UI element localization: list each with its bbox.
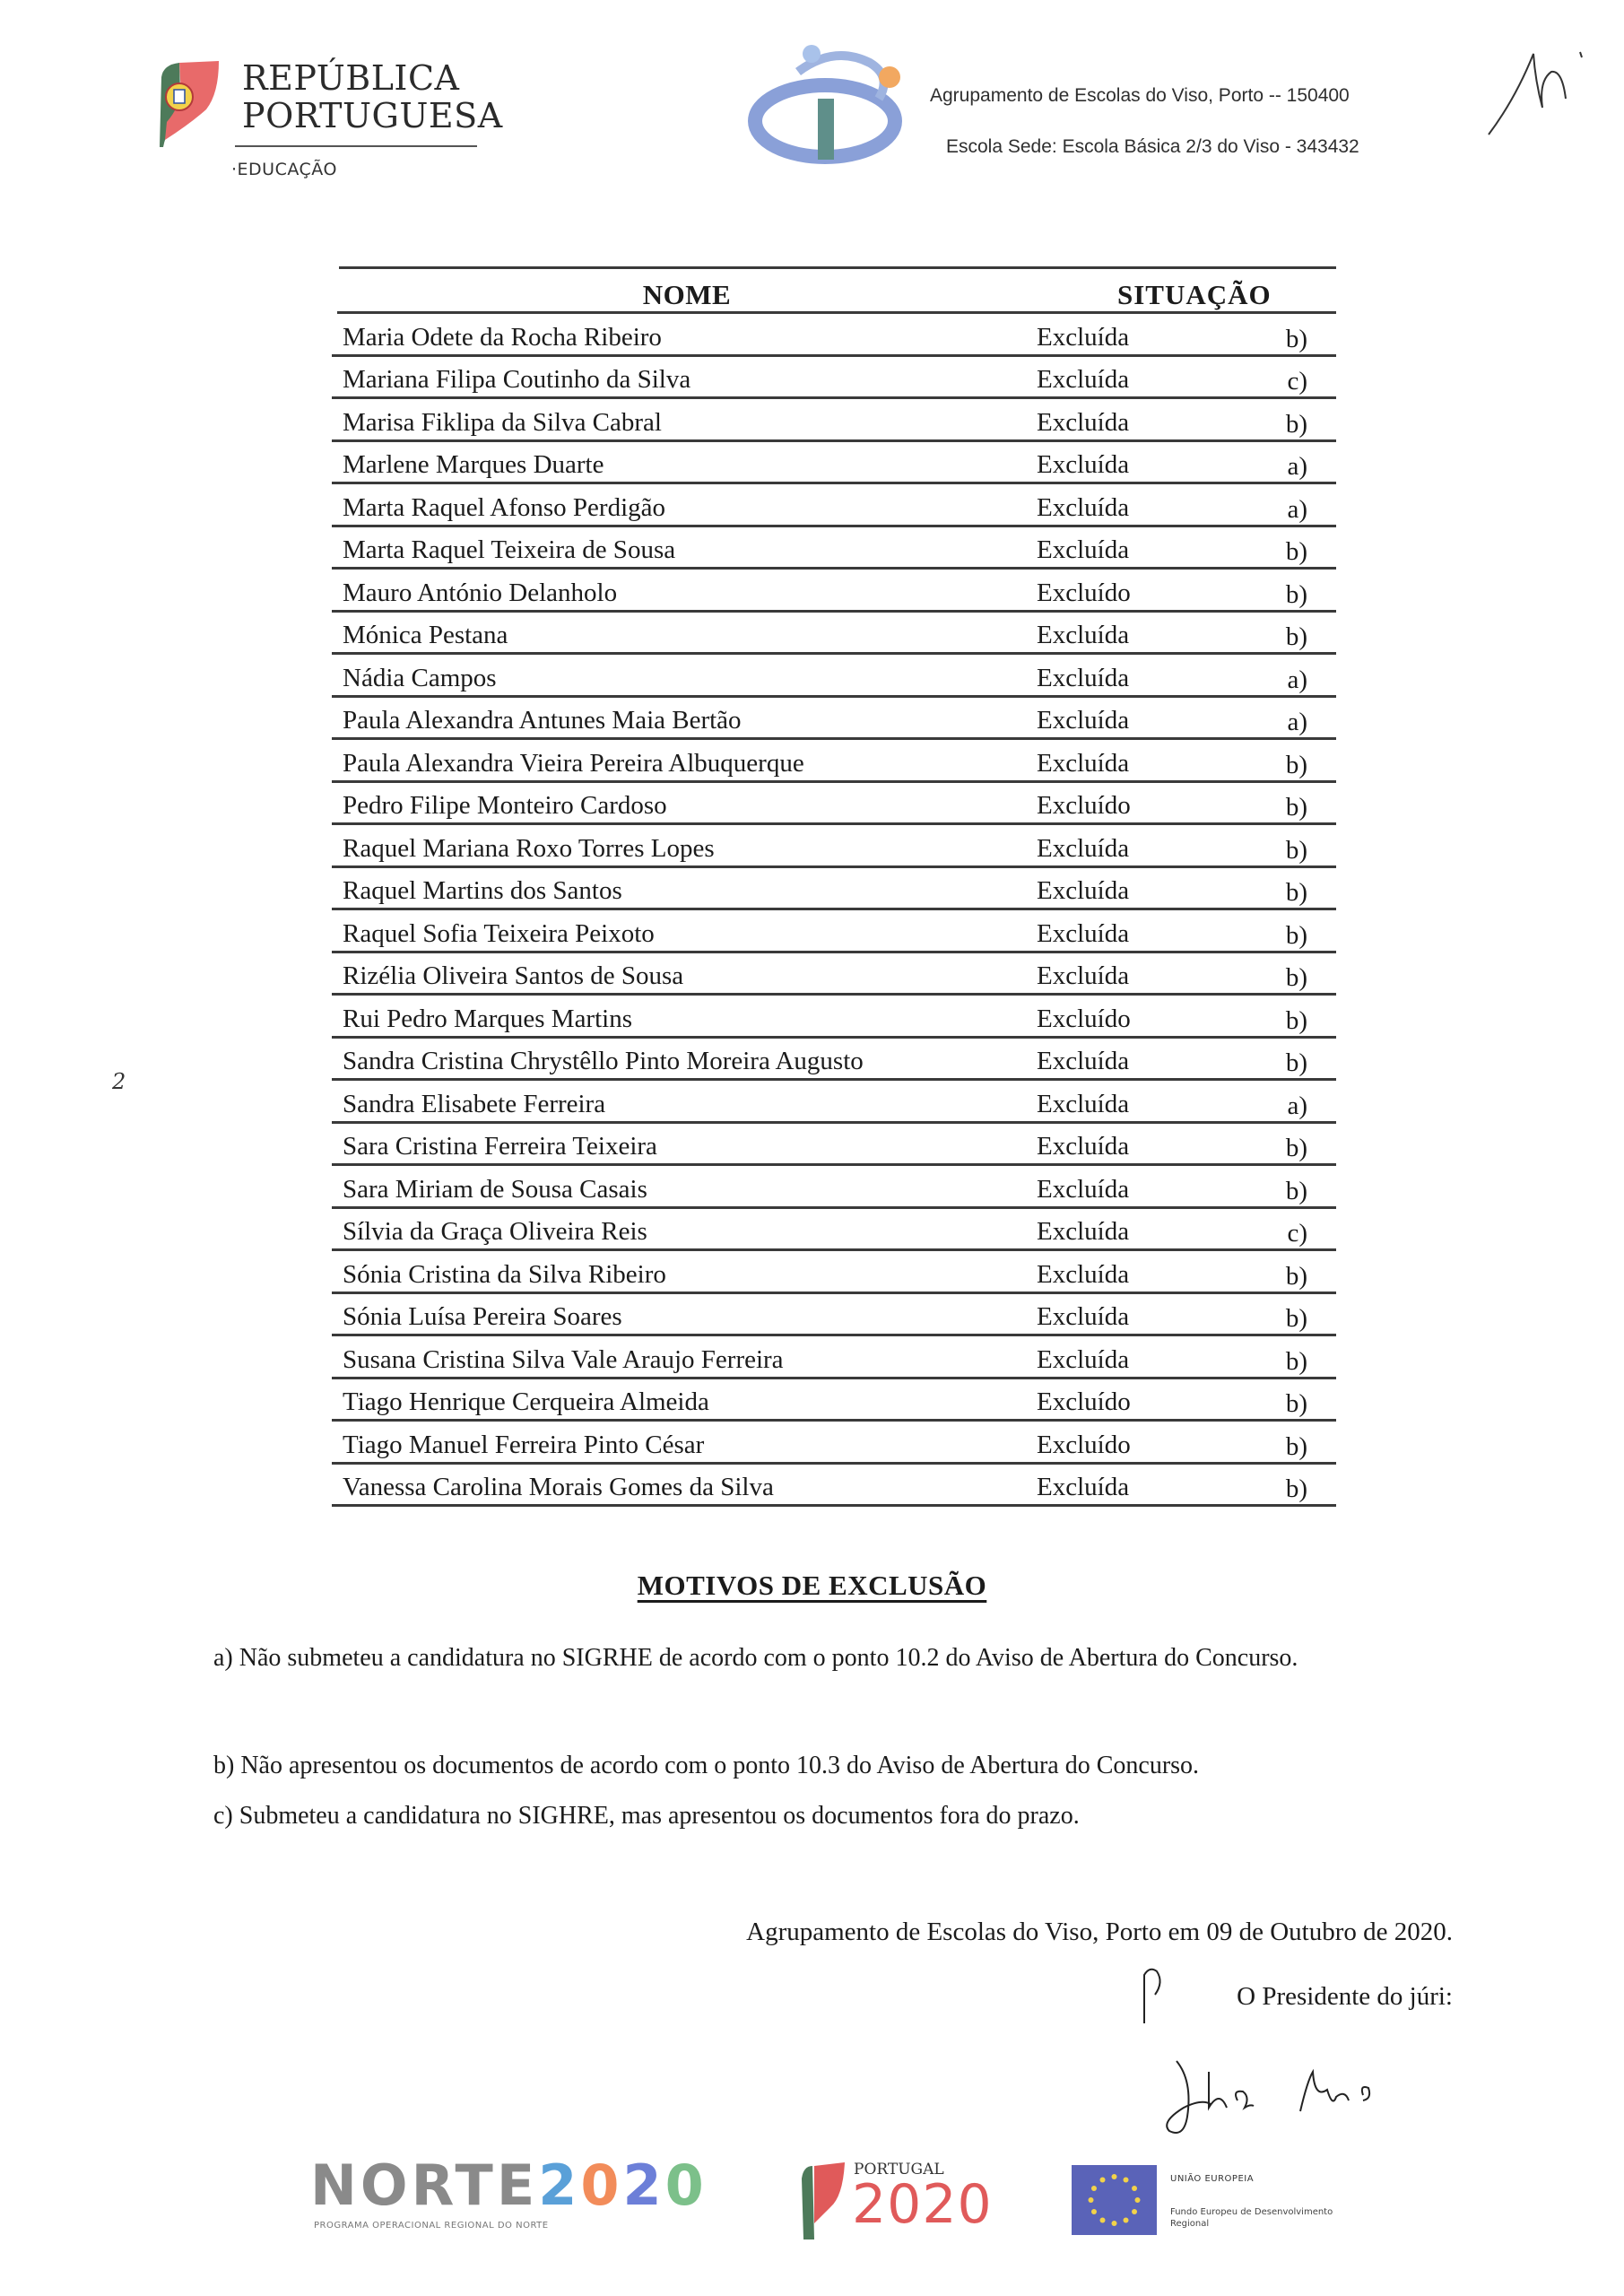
candidate-name: Sandra Elisabete Ferreira	[332, 1090, 1033, 1121]
portugal-year: 2020	[852, 2173, 993, 2236]
candidate-name: Mónica Pestana	[332, 621, 1033, 652]
table-row: Mauro António DelanholoExcluídob)	[332, 570, 1336, 613]
exclusion-reason: b)	[1261, 1474, 1336, 1504]
candidate-status: Excluída	[1033, 834, 1261, 865]
candidate-name: Mariana Filipa Coutinho da Silva	[332, 365, 1033, 396]
exclusion-reason: b)	[1261, 878, 1336, 908]
motivo-c: c) Submeteu a candidatura no SIGHRE, mas…	[213, 1790, 1451, 1841]
eu-stars-icon	[1072, 2165, 1157, 2235]
exclusion-reason: b)	[1261, 1347, 1336, 1377]
table-row: Marta Raquel Afonso PerdigãoExcluídaa)	[332, 484, 1336, 527]
candidate-name: Raquel Sofia Teixeira Peixoto	[332, 919, 1033, 951]
header-divider	[235, 145, 477, 147]
norte-year-digit: 2	[622, 2152, 664, 2218]
table-row: Rui Pedro Marques MartinsExcluídob)	[332, 996, 1336, 1039]
table-row: Sónia Luísa Pereira SoaresExcluídab)	[332, 1294, 1336, 1337]
candidate-status: Excluída	[1033, 919, 1261, 951]
candidate-status: Excluída	[1033, 876, 1261, 908]
table-row: Sara Miriam de Sousa CasaisExcluídab)	[332, 1166, 1336, 1209]
candidate-name: Mauro António Delanholo	[332, 578, 1033, 610]
norte-word: NORTE	[310, 2152, 538, 2218]
table-row: Vanessa Carolina Morais Gomes da SilvaEx…	[332, 1465, 1336, 1508]
table-row: Raquel Mariana Roxo Torres LopesExcluída…	[332, 825, 1336, 868]
candidate-status: Excluída	[1033, 493, 1261, 525]
table-header: NOME SITUAÇÃO	[337, 269, 1336, 314]
candidate-status: Excluído	[1033, 791, 1261, 822]
candidate-status: Excluída	[1033, 1175, 1261, 1206]
table-row: Raquel Martins dos SantosExcluídab)	[332, 868, 1336, 911]
table-body: Maria Odete da Rocha RibeiroExcluídab)Ma…	[332, 314, 1336, 1507]
candidate-status: Excluída	[1033, 1090, 1261, 1121]
table-row: Sandra Elisabete FerreiraExcluídaa)	[332, 1081, 1336, 1124]
candidate-name: Paula Alexandra Antunes Maia Bertão	[332, 706, 1033, 737]
exclusion-reason: a)	[1261, 708, 1336, 737]
portugal2020-logo: PORTUGAL 2020	[798, 2157, 1040, 2247]
candidate-name: Rizélia Oliveira Santos de Sousa	[332, 961, 1033, 993]
table-row: Pedro Filipe Monteiro CardosoExcluídob)	[332, 783, 1336, 826]
candidate-name: Sara Cristina Ferreira Teixeira	[332, 1132, 1033, 1163]
table-row: Sandra Cristina Chrystêllo Pinto Moreira…	[332, 1039, 1336, 1082]
exclusion-reason: b)	[1261, 793, 1336, 822]
exclusion-reason: b)	[1261, 751, 1336, 780]
exclusion-reason: b)	[1261, 1389, 1336, 1419]
candidate-name: Maria Odete da Rocha Ribeiro	[332, 323, 1033, 354]
candidate-name: Raquel Mariana Roxo Torres Lopes	[332, 834, 1033, 865]
motivos-heading: MOTIVOS DE EXCLUSÃO	[0, 1570, 1624, 1602]
candidate-status: Excluída	[1033, 961, 1261, 993]
candidate-name: Marisa Fiklipa da Silva Cabral	[332, 408, 1033, 439]
exclusion-reason: b)	[1261, 325, 1336, 354]
norte-year-digit: 0	[580, 2152, 622, 2218]
candidate-status: Excluída	[1033, 323, 1261, 354]
eu-title: UNIÃO EUROPEIA	[1170, 2174, 1254, 2184]
exclusion-reason: b)	[1261, 1006, 1336, 1036]
republica-line: REPÚBLICA	[242, 59, 503, 97]
candidate-status: Excluída	[1033, 1047, 1261, 1078]
norte2020-logo: NORTE2020 PROGRAMA OPERACIONAL REGIONAL …	[305, 2152, 771, 2242]
exclusion-reason: b)	[1261, 921, 1336, 951]
candidate-name: Raquel Martins dos Santos	[332, 876, 1033, 908]
table-row: Tiago Manuel Ferreira Pinto CésarExcluíd…	[332, 1422, 1336, 1465]
exclusion-reason: c)	[1261, 1219, 1336, 1248]
exclusion-reason: a)	[1261, 665, 1336, 695]
exclusion-reason: b)	[1261, 410, 1336, 439]
norte-year: 2020	[538, 2152, 708, 2218]
candidate-status: Excluída	[1033, 1217, 1261, 1248]
handwritten-signature-icon	[1157, 2045, 1426, 2144]
table-row: Susana Cristina Silva Vale Araujo Ferrei…	[332, 1336, 1336, 1379]
exclusion-reason: a)	[1261, 495, 1336, 525]
norte-year-digit: 2	[538, 2152, 580, 2218]
candidate-name: Sara Miriam de Sousa Casais	[332, 1175, 1033, 1206]
table-row: Raquel Sofia Teixeira PeixotoExcluídab)	[332, 910, 1336, 953]
candidate-status: Excluído	[1033, 578, 1261, 610]
table-row: Rizélia Oliveira Santos de SousaExcluída…	[332, 953, 1336, 996]
signatory-title: O Presidente do júri:	[897, 1982, 1453, 2012]
candidate-name: Marlene Marques Duarte	[332, 450, 1033, 482]
table-row: Nádia CamposExcluídaa)	[332, 655, 1336, 698]
table-row: Paula Alexandra Vieira Pereira Albuquerq…	[332, 740, 1336, 783]
candidate-status: Excluída	[1033, 1260, 1261, 1291]
exclusion-reason: a)	[1261, 1091, 1336, 1121]
candidate-status: Excluída	[1033, 1345, 1261, 1377]
table-row: Marta Raquel Teixeira de SousaExcluídab)	[332, 527, 1336, 570]
page-number: 2	[112, 1069, 126, 1094]
candidate-status: Excluída	[1033, 1302, 1261, 1334]
candidate-status: Excluída	[1033, 365, 1261, 396]
exclusion-reason: b)	[1261, 1134, 1336, 1163]
school-group-name: Agrupamento de Escolas do Viso, Porto --…	[930, 85, 1350, 107]
candidate-status: Excluído	[1033, 1004, 1261, 1036]
candidate-status: Excluída	[1033, 749, 1261, 780]
candidate-name: Sónia Luísa Pereira Soares	[332, 1302, 1033, 1334]
ministry-label: ·EDUCAÇÃO	[231, 160, 337, 179]
exclusion-reason: b)	[1261, 1177, 1336, 1206]
candidate-name: Rui Pedro Marques Martins	[332, 1004, 1033, 1036]
column-header-nome: NOME	[337, 279, 1037, 311]
table-row: Paula Alexandra Antunes Maia BertãoExclu…	[332, 698, 1336, 741]
exclusion-table: NOME SITUAÇÃO Maria Odete da Rocha Ribei…	[332, 266, 1336, 1507]
candidate-status: Excluída	[1033, 706, 1261, 737]
candidate-status: Excluída	[1033, 535, 1261, 567]
exclusion-reason: b)	[1261, 622, 1336, 652]
place-date: Agrupamento de Escolas do Viso, Porto em…	[628, 1918, 1453, 1947]
exclusion-reason: b)	[1261, 580, 1336, 610]
candidate-name: Sílvia da Graça Oliveira Reis	[332, 1217, 1033, 1248]
table-row: Mariana Filipa Coutinho da SilvaExcluída…	[332, 357, 1336, 400]
candidate-name: Pedro Filipe Monteiro Cardoso	[332, 791, 1033, 822]
exclusion-reason: b)	[1261, 963, 1336, 993]
candidate-name: Vanessa Carolina Morais Gomes da Silva	[332, 1473, 1033, 1504]
exclusion-reason: a)	[1261, 452, 1336, 482]
norte2020-subtitle: PROGRAMA OPERACIONAL REGIONAL DO NORTE	[314, 2221, 549, 2231]
candidate-name: Tiago Manuel Ferreira Pinto César	[332, 1431, 1033, 1462]
norte2020-wordmark: NORTE2020	[310, 2152, 708, 2218]
table-row: Marisa Fiklipa da Silva CabralExcluídab)	[332, 399, 1336, 442]
exclusion-reason: b)	[1261, 1304, 1336, 1334]
exclusion-reason: b)	[1261, 1262, 1336, 1291]
column-header-situacao: SITUAÇÃO	[1037, 279, 1336, 311]
motivos-title: MOTIVOS DE EXCLUSÃO	[638, 1570, 987, 1601]
candidate-name: Sandra Cristina Chrystêllo Pinto Moreira…	[332, 1047, 1033, 1078]
table-row: Maria Odete da Rocha RibeiroExcluídab)	[332, 314, 1336, 357]
candidate-status: Excluída	[1033, 664, 1261, 695]
exclusion-reason: b)	[1261, 1048, 1336, 1078]
candidate-name: Marta Raquel Teixeira de Sousa	[332, 535, 1033, 567]
school-logo-icon	[744, 36, 924, 170]
motivo-a: a) Não submeteu a candidatura no SIGRHE …	[213, 1632, 1451, 1683]
candidate-status: Excluída	[1033, 408, 1261, 439]
eu-flag-icon	[1072, 2165, 1157, 2235]
portugal-flag-swoosh-icon	[798, 2161, 848, 2243]
motivo-b: b) Não apresentou os documentos de acord…	[213, 1740, 1451, 1791]
candidate-status: Excluída	[1033, 1132, 1261, 1163]
school-seat-name: Escola Sede: Escola Básica 2/3 do Viso -…	[946, 136, 1359, 158]
table-row: Mónica PestanaExcluídab)	[332, 613, 1336, 656]
candidate-name: Nádia Campos	[332, 664, 1033, 695]
table-row: Sónia Cristina da Silva RibeiroExcluídab…	[332, 1251, 1336, 1294]
norte-year-digit: 0	[665, 2152, 708, 2218]
exclusion-reason: b)	[1261, 1432, 1336, 1462]
candidate-name: Marta Raquel Afonso Perdigão	[332, 493, 1033, 525]
candidate-name: Sónia Cristina da Silva Ribeiro	[332, 1260, 1033, 1291]
candidate-status: Excluído	[1033, 1387, 1261, 1419]
candidate-status: Excluída	[1033, 450, 1261, 482]
table-row: Marlene Marques DuarteExcluídaa)	[332, 442, 1336, 485]
exclusion-reason: c)	[1261, 367, 1336, 396]
republica-portuguesa-wordmark: REPÚBLICA PORTUGUESA	[242, 59, 503, 135]
eu-logo: UNIÃO EUROPEIA Fundo Europeu de Desenvol…	[1072, 2165, 1368, 2246]
exclusion-reason: b)	[1261, 836, 1336, 865]
table-row: Tiago Henrique Cerqueira AlmeidaExcluído…	[332, 1379, 1336, 1422]
handwritten-initial-icon	[1480, 45, 1587, 152]
candidate-status: Excluído	[1033, 1431, 1261, 1462]
candidate-status: Excluída	[1033, 1473, 1261, 1504]
eu-fund: Fundo Europeu de Desenvolvimento Regiona…	[1170, 2206, 1368, 2230]
portuguesa-line: PORTUGUESA	[242, 97, 503, 135]
exclusion-reason: b)	[1261, 537, 1336, 567]
candidate-name: Tiago Henrique Cerqueira Almeida	[332, 1387, 1033, 1419]
candidate-status: Excluída	[1033, 621, 1261, 652]
candidate-name: Susana Cristina Silva Vale Araujo Ferrei…	[332, 1345, 1033, 1377]
table-row: Sílvia da Graça Oliveira ReisExcluídac)	[332, 1209, 1336, 1252]
table-row: Sara Cristina Ferreira TeixeiraExcluídab…	[332, 1124, 1336, 1167]
republica-portuguesa-emblem-icon	[154, 57, 222, 154]
candidate-name: Paula Alexandra Vieira Pereira Albuquerq…	[332, 749, 1033, 780]
